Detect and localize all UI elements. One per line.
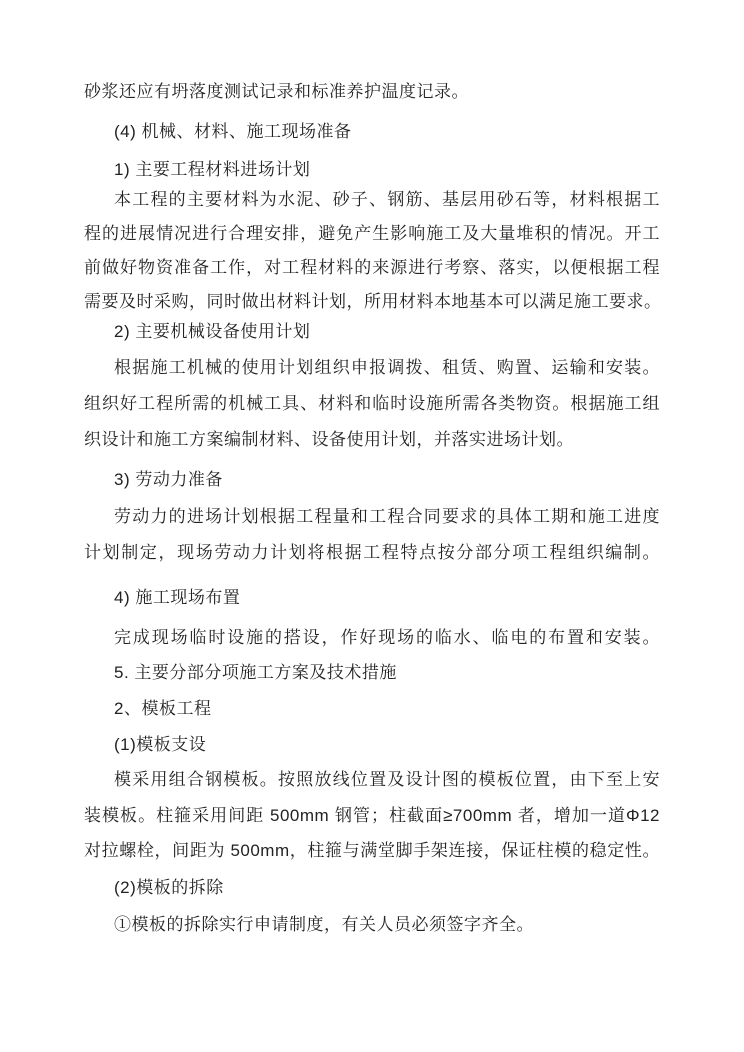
chapter-heading-line: 5. 主要分部分项施工方案及技术措施: [84, 663, 660, 683]
numbered-heading-line: 4) 施工现场布置: [84, 588, 660, 608]
body-text-line: 前做好物资准备工作，对工程材料的来源进行考察、落实，以便根据工程: [84, 258, 660, 278]
document-page: 砂浆还应有坍落度测试记录和标准养护温度记录。 (4) 机械、材料、施工现场准备 …: [0, 0, 744, 1052]
body-text-line: 完成现场临时设施的搭设，作好现场的临水、临电的布置和安装。: [84, 628, 660, 648]
body-text-line: 织设计和施工方案编制材料、设备使用计划，并落实进场计划。: [84, 430, 660, 450]
body-text-line: 根据施工机械的使用计划组织申报调拨、租赁、购置、运输和安装。: [84, 358, 660, 378]
body-text-line: 对拉螺栓，间距为 500mm，柱箍与满堂脚手架连接，保证柱模的稳定性。: [84, 841, 660, 861]
numbered-heading-line: 1) 主要工程材料进场计划: [84, 160, 660, 180]
body-text-line: 模采用组合钢模板。按照放线位置及设计图的模板位置，由下至上安: [84, 770, 660, 790]
sub-chapter-heading-line: 2、模板工程: [84, 699, 660, 719]
body-text-line: 劳动力的进场计划根据工程量和工程合同要求的具体工期和施工进度: [84, 507, 660, 527]
numbered-heading-line: 2) 主要机械设备使用计划: [84, 322, 660, 342]
body-text-line: 砂浆还应有坍落度测试记录和标准养护温度记录。: [84, 82, 660, 102]
body-text-line: 本工程的主要材料为水泥、砂子、钢筋、基层用砂石等，材料根据工: [84, 190, 660, 210]
body-text-line: 装模板。柱箍采用间距 500mm 钢管；柱截面≥700mm 者，增加一道Φ12: [84, 806, 660, 826]
body-text-line: 计划制定，现场劳动力计划将根据工程特点按分部分项工程组织编制。: [84, 543, 660, 563]
body-text-line: 需要及时采购，同时做出材料计划，所用材料本地基本可以满足施工要求。: [84, 292, 660, 312]
sub-heading-line: (2)模板的拆除: [84, 878, 660, 898]
body-text-line: 组织好工程所需的机械工具、材料和临时设施所需各类物资。根据施工组: [84, 394, 660, 414]
section-heading-line: (4) 机械、材料、施工现场准备: [84, 122, 660, 142]
body-text-line: 程的进展情况进行合理安排，避免产生影响施工及大量堆积的情况。开工: [84, 224, 660, 244]
numbered-heading-line: 3) 劳动力准备: [84, 470, 660, 490]
sub-heading-line: (1)模板支设: [84, 735, 660, 755]
body-text-line: ①模板的拆除实行申请制度，有关人员必须签字齐全。: [84, 915, 660, 935]
